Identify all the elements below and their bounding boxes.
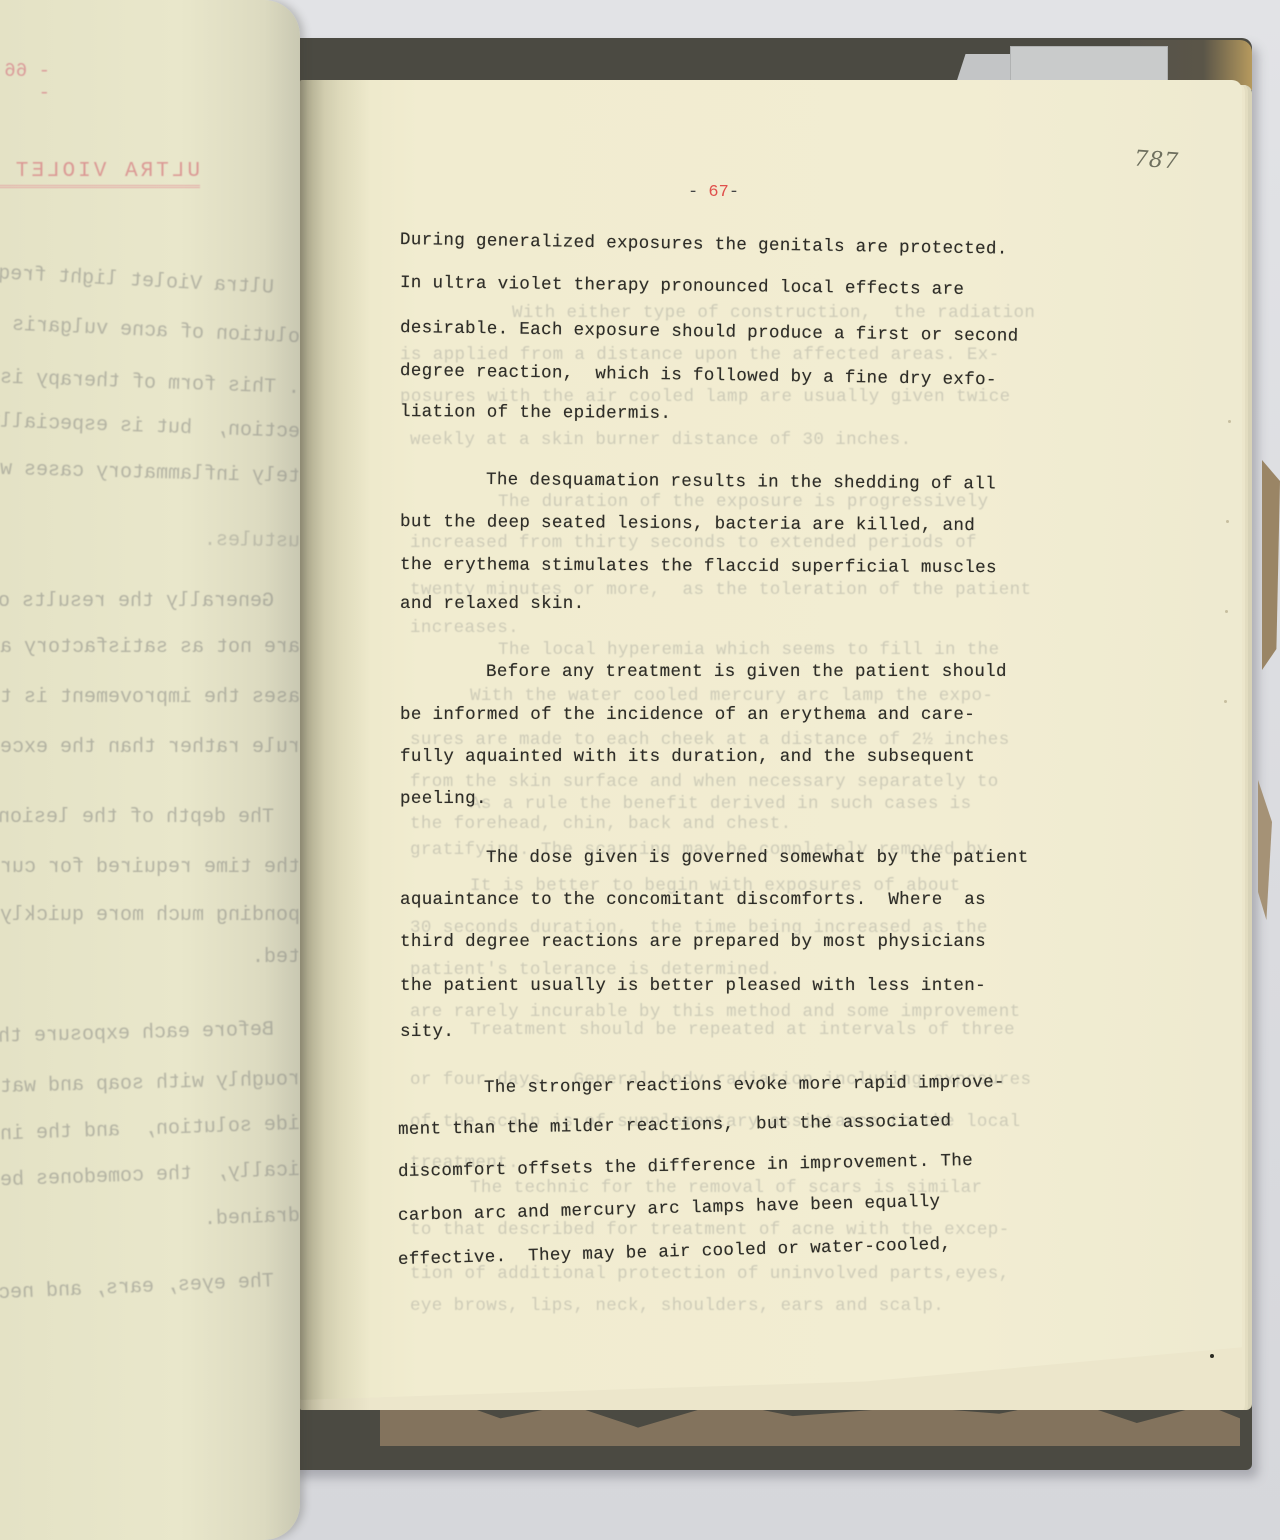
ink-dot — [1210, 1354, 1214, 1358]
pinhole — [1224, 700, 1227, 703]
gutter-shadow — [300, 80, 370, 1410]
left-page-mirrored-content: - 66 - ULTRA VIOLET R Ultra Violet light… — [0, 0, 300, 1540]
left-page: - 66 - ULTRA VIOLET R Ultra Violet light… — [0, 0, 300, 1540]
pinhole — [1226, 520, 1229, 523]
pinhole — [1225, 610, 1228, 613]
archive-folio-number: 787 — [1133, 146, 1180, 174]
pinhole — [1228, 420, 1231, 423]
page-number-value: 67 — [708, 183, 728, 202]
page-number: - 67- — [688, 183, 739, 202]
